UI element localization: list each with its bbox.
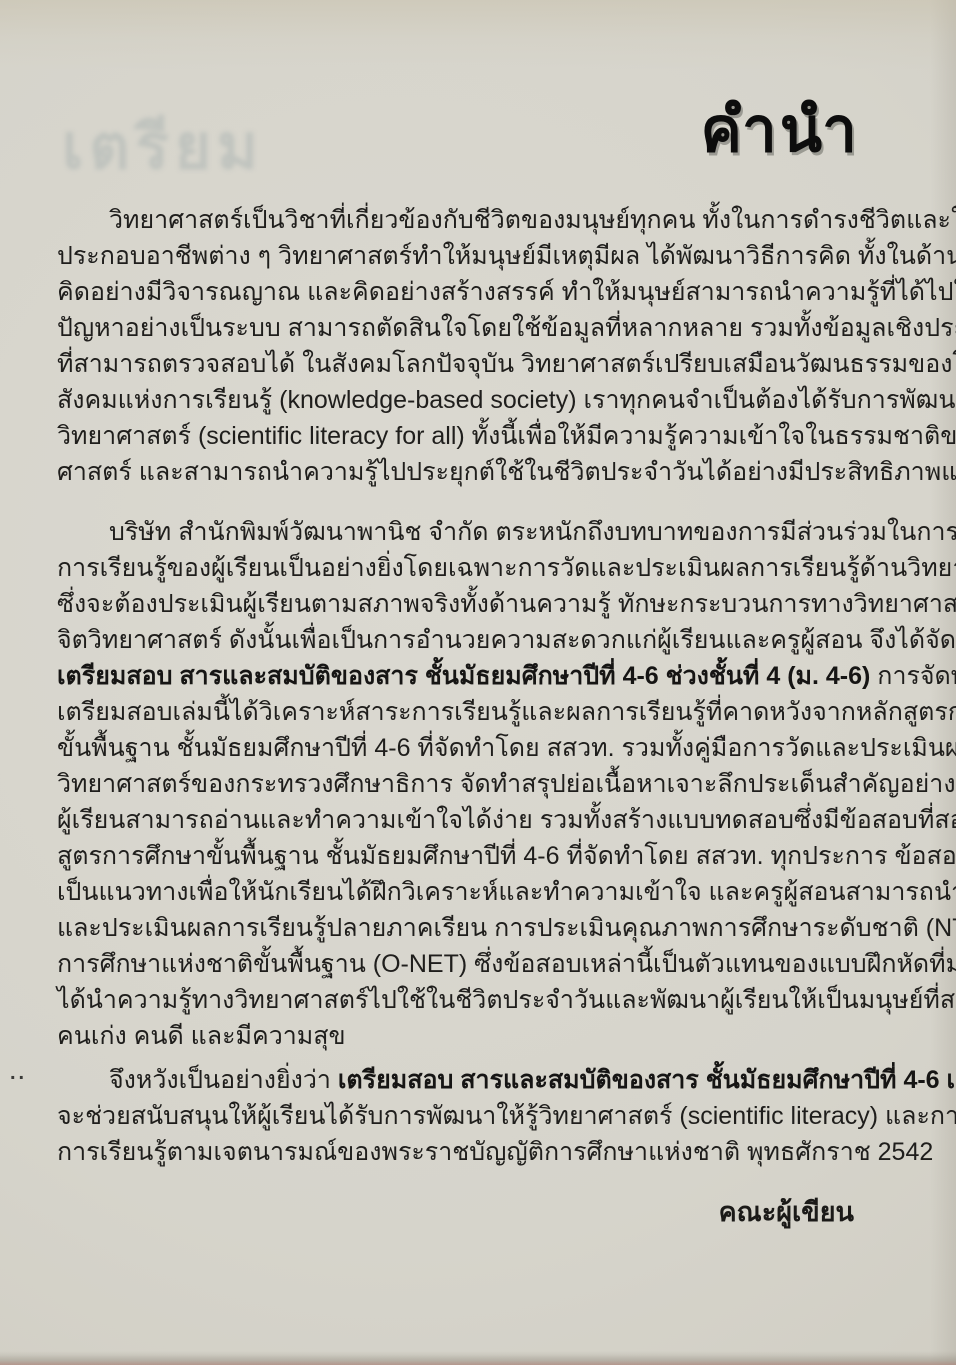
text-line: การศึกษาแห่งชาติขั้นพื้นฐาน (O-NET) ซึ่ง… — [57, 946, 900, 982]
body-text: จึงหวังเป็นอย่างยิ่งว่า — [109, 1066, 338, 1094]
body-text: วิทยาศาสตร์ (scientific literacy for all… — [57, 422, 956, 450]
text-line: ประกอบอาชีพต่าง ๆ วิทยาศาสตร์ทำให้มนุษย์… — [57, 238, 900, 274]
body-text: วิทยาศาสตร์เป็นวิชาที่เกี่ยวข้องกับชีวิต… — [109, 206, 956, 234]
text-line: จะช่วยสนับสนุนให้ผู้เรียนได้รับการพัฒนาใ… — [57, 1098, 900, 1134]
body-text: ศาสตร์ และสามารถนำความรู้ไปประยุกต์ใช้ใน… — [57, 458, 956, 486]
scan-edge-artifact — [0, 1355, 956, 1365]
body-text: ประกอบอาชีพต่าง ๆ วิทยาศาสตร์ทำให้มนุษย์… — [57, 242, 956, 270]
text-line: ศาสตร์ และสามารถนำความรู้ไปประยุกต์ใช้ใน… — [57, 454, 900, 490]
text-line: คนเก่ง คนดี และมีความสุข — [57, 1018, 900, 1054]
body-text: การศึกษาแห่งชาติขั้นพื้นฐาน (O-NET) ซึ่ง… — [57, 950, 956, 978]
text-line: สูตรการศึกษาขั้นพื้นฐาน ชั้นมัธยมศึกษาปี… — [57, 838, 900, 874]
text-line: การเรียนรู้ของผู้เรียนเป็นอย่างยิ่งโดยเฉ… — [57, 550, 900, 586]
body-text: จิตวิทยาศาสตร์ ดังนั้นเพื่อเป็นการอำนวยค… — [57, 626, 956, 654]
body-text: สูตรการศึกษาขั้นพื้นฐาน ชั้นมัธยมศึกษาปี… — [57, 842, 956, 870]
book-title-bold-text: เตรียมสอบ สารและสมบัติของสาร ชั้นมัธยมศึ… — [57, 662, 870, 690]
text-line: การเรียนรู้ตามเจตนารมณ์ของพระราชบัญญัติก… — [57, 1134, 900, 1170]
text-line: และประเมินผลการเรียนรู้ปลายภาคเรียน การป… — [57, 910, 900, 946]
body-text: การเรียนรู้ของผู้เรียนเป็นอย่างยิ่งโดยเฉ… — [57, 554, 956, 582]
body-text: คิดอย่างมีวิจารณญาณ และคิดอย่างสร้างสรรค… — [57, 278, 956, 306]
body-text: คนเก่ง คนดี และมีความสุข — [57, 1022, 346, 1050]
book-title-bold-text: เตรียมสอบ สารและสมบัติของสาร ชั้นมัธยมศึ… — [338, 1066, 956, 1094]
text-line: บริษัท สำนักพิมพ์วัฒนาพานิช จำกัด ตระหนั… — [57, 514, 900, 550]
text-line: เตรียมสอบเล่มนี้ได้วิเคราะห์สาระการเรียน… — [57, 694, 900, 730]
body-text: ผู้เรียนสามารถอ่านและทำความเข้าใจได้ง่าย… — [57, 806, 956, 834]
text-line: ขั้นพื้นฐาน ชั้นมัธยมศึกษาปีที่ 4-6 ที่จ… — [57, 730, 900, 766]
margin-dots-artifact: .. — [10, 1062, 27, 1085]
body-text: บริษัท สำนักพิมพ์วัฒนาพานิช จำกัด ตระหนั… — [109, 518, 956, 546]
text-line: ได้นำความรู้ทางวิทยาศาสตร์ไปใช้ในชีวิตปร… — [57, 982, 900, 1018]
text-line: จิตวิทยาศาสตร์ ดังนั้นเพื่อเป็นการอำนวยค… — [57, 622, 900, 658]
body-text: การจัดทำ — [870, 662, 956, 690]
body-text: จะช่วยสนับสนุนให้ผู้เรียนได้รับการพัฒนาใ… — [57, 1102, 956, 1130]
scanned-page: เตรียม คำนำ .. วิทยาศาสตร์เป็นวิชาที่เกี… — [0, 0, 956, 1365]
body-text: ซึ่งจะต้องประเมินผู้เรียนตามสภาพจริงทั้ง… — [57, 590, 956, 618]
body-text: สังคมแห่งการเรียนรู้ (knowledge-based so… — [57, 386, 956, 414]
body-text: และประเมินผลการเรียนรู้ปลายภาคเรียน การป… — [57, 914, 956, 942]
text-line: จึงหวังเป็นอย่างยิ่งว่า เตรียมสอบ สารและ… — [57, 1062, 900, 1098]
text-line: วิทยาศาสตร์ (scientific literacy for all… — [57, 418, 900, 454]
text-line: ที่สามารถตรวจสอบได้ ในสังคมโลกปัจจุบัน ว… — [57, 346, 900, 382]
body-text: การเรียนรู้ตามเจตนารมณ์ของพระราชบัญญัติก… — [57, 1138, 933, 1166]
body-text: เตรียมสอบเล่มนี้ได้วิเคราะห์สาระการเรียน… — [57, 698, 956, 726]
text-line: ซึ่งจะต้องประเมินผู้เรียนตามสภาพจริงทั้ง… — [57, 586, 900, 622]
text-line: เป็นแนวทางเพื่อให้นักเรียนได้ฝึกวิเคราะห… — [57, 874, 900, 910]
preface-body: วิทยาศาสตร์เป็นวิชาที่เกี่ยวข้องกับชีวิต… — [57, 202, 900, 1170]
paragraph: จึงหวังเป็นอย่างยิ่งว่า เตรียมสอบ สารและ… — [57, 1062, 900, 1170]
paragraph: วิทยาศาสตร์เป็นวิชาที่เกี่ยวข้องกับชีวิต… — [57, 202, 900, 490]
body-text: ปัญหาอย่างเป็นระบบ สามารถตัดสินใจโดยใช้ข… — [57, 314, 956, 342]
body-text: เป็นแนวทางเพื่อให้นักเรียนได้ฝึกวิเคราะห… — [57, 878, 956, 906]
text-line: วิทยาศาสตร์ของกระทรวงศึกษาธิการ จัดทำสรุ… — [57, 766, 900, 802]
text-line: ผู้เรียนสามารถอ่านและทำความเข้าใจได้ง่าย… — [57, 802, 900, 838]
body-text: วิทยาศาสตร์ของกระทรวงศึกษาธิการ จัดทำสรุ… — [57, 770, 956, 798]
body-text: ได้นำความรู้ทางวิทยาศาสตร์ไปใช้ในชีวิตปร… — [57, 986, 956, 1014]
body-text: ที่สามารถตรวจสอบได้ ในสังคมโลกปัจจุบัน ว… — [57, 350, 956, 378]
text-line: เตรียมสอบ สารและสมบัติของสาร ชั้นมัธยมศึ… — [57, 658, 900, 694]
page-title: คำนำ — [701, 100, 861, 162]
text-line: สังคมแห่งการเรียนรู้ (knowledge-based so… — [57, 382, 900, 418]
showthrough-ghost-text: เตรียม — [62, 98, 264, 196]
paragraph: บริษัท สำนักพิมพ์วัฒนาพานิช จำกัด ตระหนั… — [57, 514, 900, 1054]
text-line: คิดอย่างมีวิจารณญาณ และคิดอย่างสร้างสรรค… — [57, 274, 900, 310]
text-line: วิทยาศาสตร์เป็นวิชาที่เกี่ยวข้องกับชีวิต… — [57, 202, 900, 238]
text-line: ปัญหาอย่างเป็นระบบ สามารถตัดสินใจโดยใช้ข… — [57, 310, 900, 346]
authors-signature: คณะผู้เขียน — [719, 1190, 854, 1233]
body-text: ขั้นพื้นฐาน ชั้นมัธยมศึกษาปีที่ 4-6 ที่จ… — [57, 734, 956, 762]
